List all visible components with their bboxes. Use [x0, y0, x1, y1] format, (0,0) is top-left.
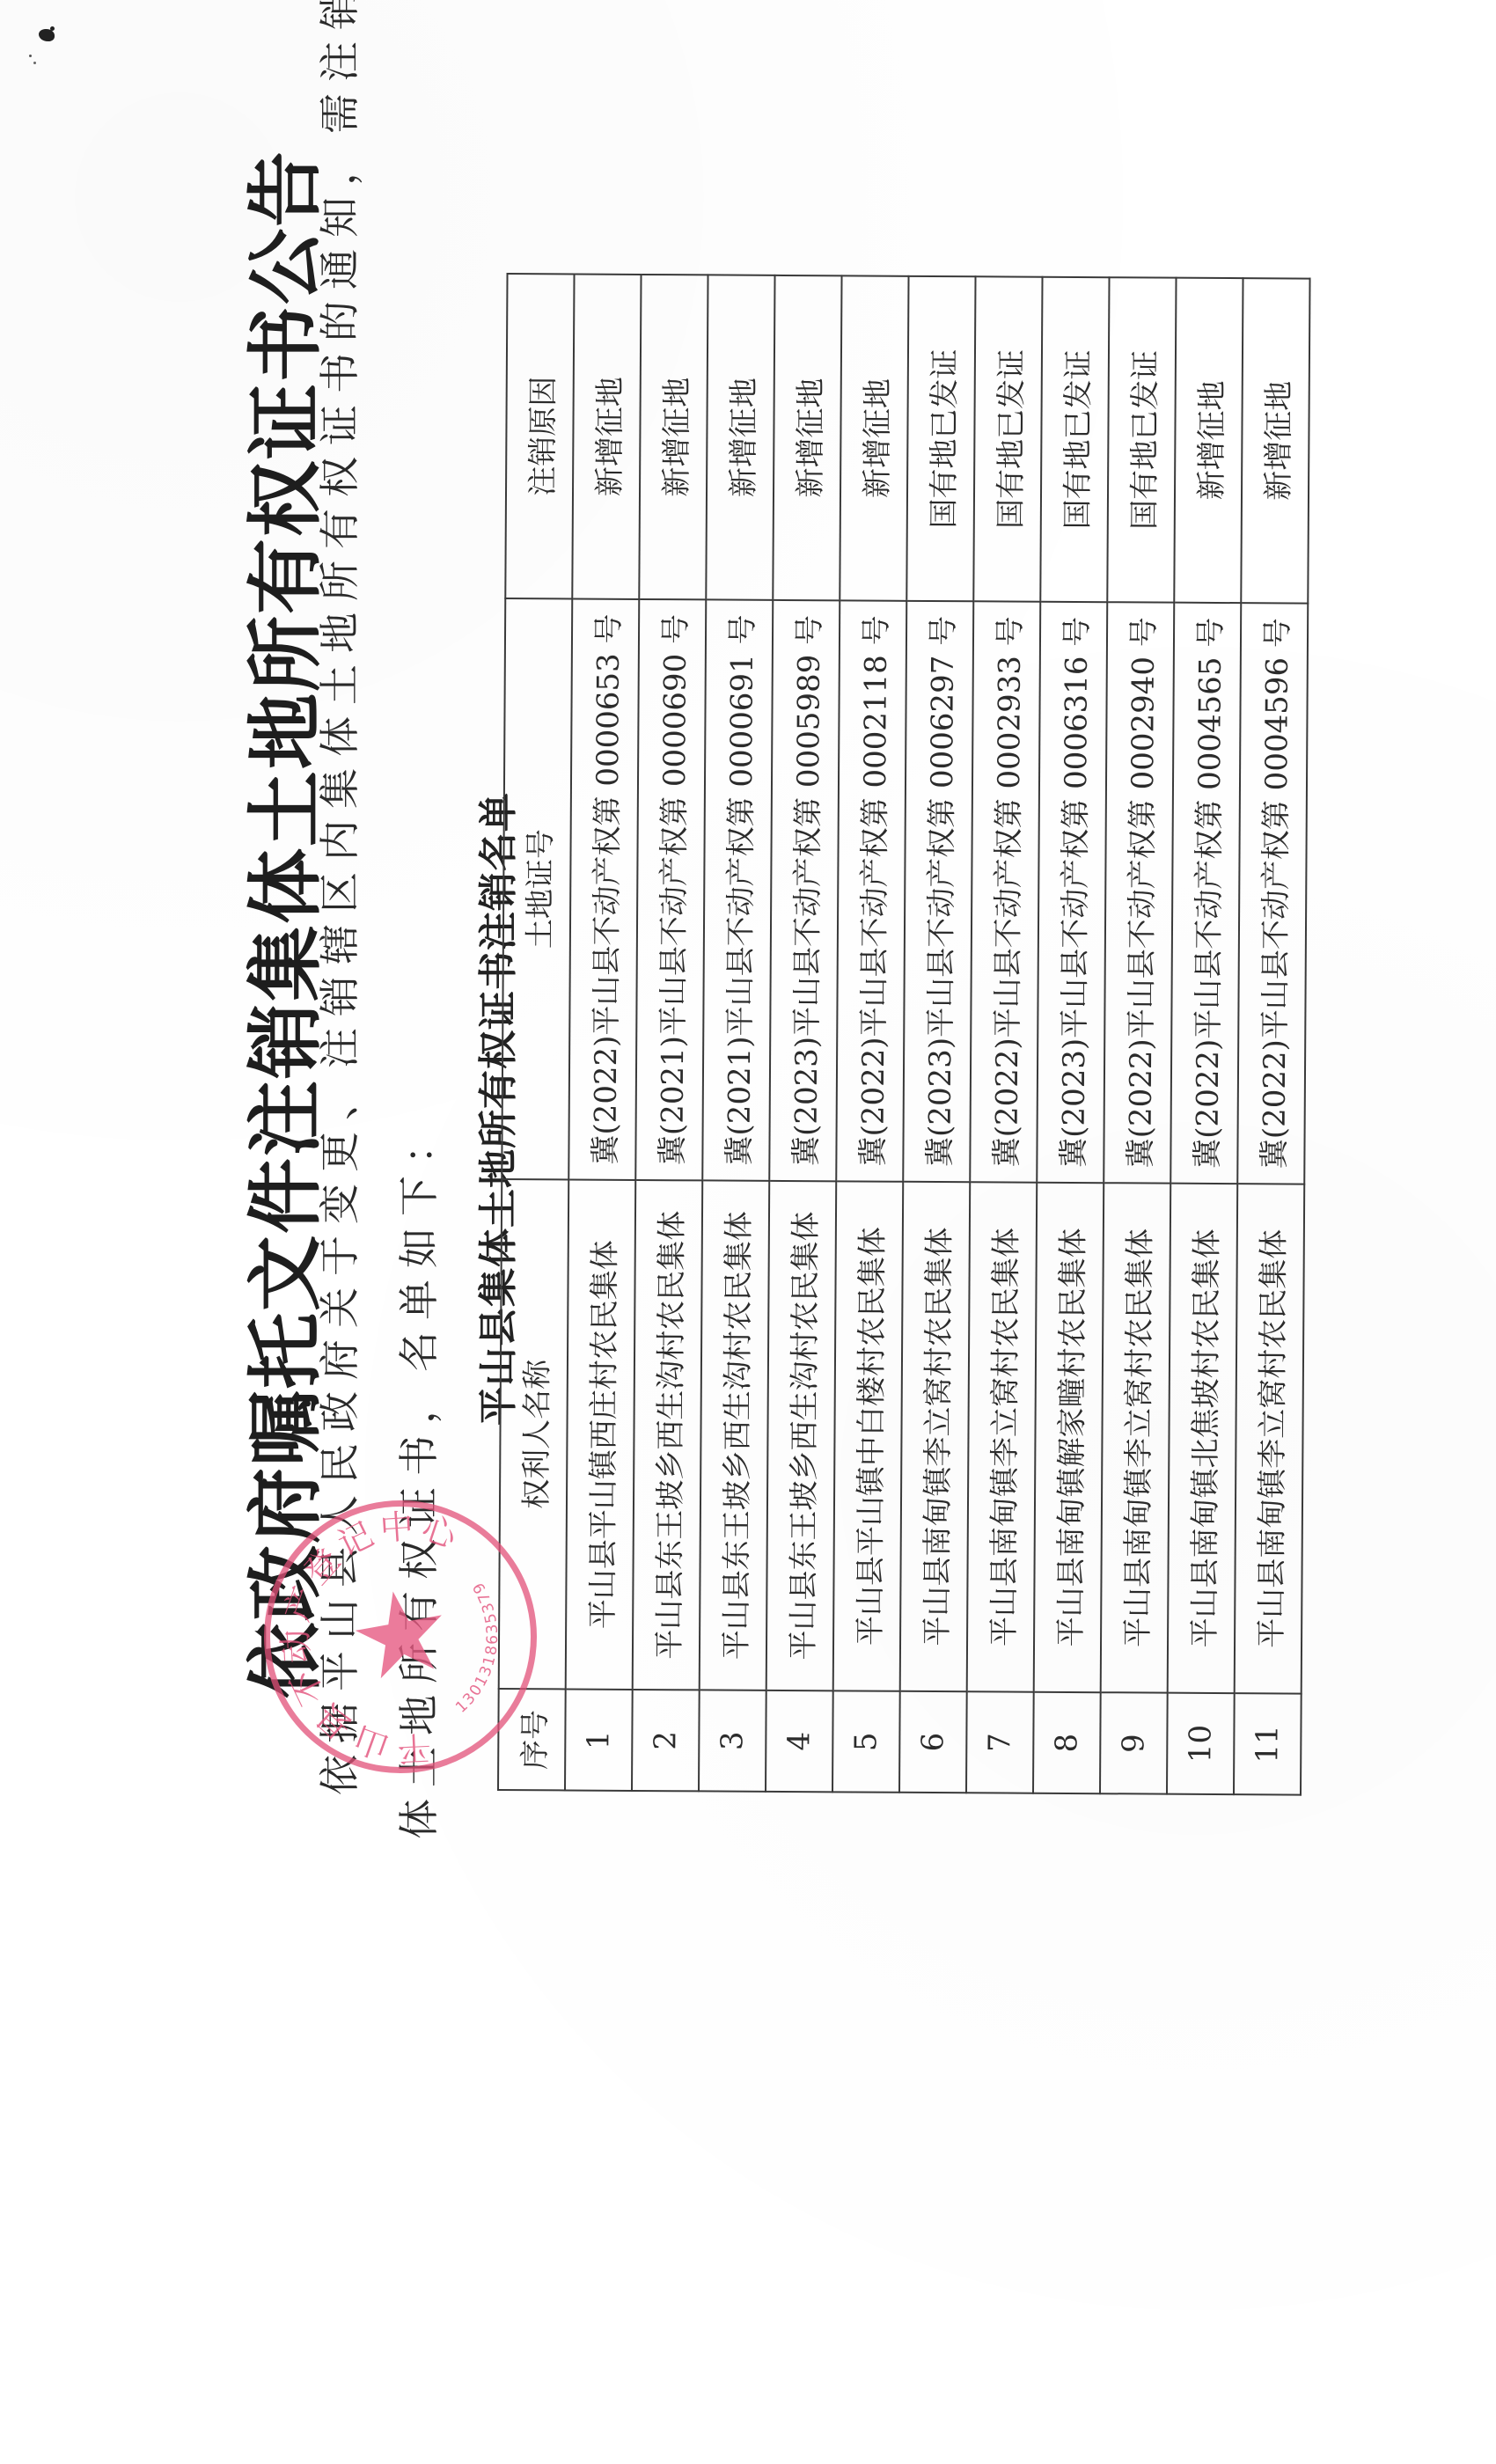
- table-row: 6平山县南甸镇李立窝村农民集体冀(2023)平山县不动产权第 0006297 号…: [899, 276, 976, 1793]
- cell-cancel-reason: 新增征地: [1174, 278, 1243, 603]
- cell-serial-no: 4: [766, 1690, 833, 1792]
- header-certificate-no: 土地证号: [502, 598, 572, 1179]
- table-row: 9平山县南甸镇李立窝村农民集体冀(2022)平山县不动产权第 0002940 号…: [1100, 277, 1177, 1793]
- cell-holder-name: 平山县南甸镇李立窝村农民集体: [1101, 1183, 1171, 1693]
- cell-cancel-reason: 国有地已发证: [1040, 277, 1109, 602]
- table-row: 5平山县平山镇中白楼村农民集体冀(2022)平山县不动产权第 0002118 号…: [832, 275, 909, 1792]
- cell-cancel-reason: 国有地已发证: [906, 276, 975, 601]
- cell-certificate-no: 冀(2022)平山县不动产权第 0004596 号: [1237, 603, 1308, 1184]
- cell-serial-no: 1: [565, 1690, 633, 1791]
- cell-certificate-no: 冀(2021)平山县不动产权第 0000690 号: [635, 599, 706, 1180]
- header-cancel-reason: 注销原因: [505, 274, 574, 598]
- cell-certificate-no: 冀(2022)平山县不动产权第 0000653 号: [568, 598, 639, 1179]
- cell-holder-name: 平山县东王坡乡西生沟村农民集体: [700, 1180, 770, 1690]
- cell-holder-name: 平山县平山镇中白楼村农民集体: [833, 1181, 904, 1691]
- cell-certificate-no: 冀(2022)平山县不动产权第 0002118 号: [836, 600, 906, 1181]
- table-row: 10平山县南甸镇北焦坡村农民集体冀(2022)平山县不动产权第 0004565 …: [1167, 278, 1243, 1794]
- cell-serial-no: 8: [1033, 1692, 1101, 1793]
- table-row: 1平山县平山镇西庄村农民集体冀(2022)平山县不动产权第 0000653 号新…: [565, 275, 642, 1791]
- table-row: 2平山县东王坡乡西生沟村农民集体冀(2021)平山县不动产权第 0000690 …: [632, 275, 708, 1791]
- cell-certificate-no: 冀(2023)平山县不动产权第 0006297 号: [903, 601, 973, 1182]
- cell-serial-no: 7: [966, 1692, 1034, 1793]
- cell-cancel-reason: 新增征地: [840, 275, 908, 600]
- cell-holder-name: 平山县南甸镇解家疃村农民集体: [1034, 1182, 1104, 1692]
- cell-certificate-no: 冀(2022)平山县不动产权第 0002940 号: [1104, 602, 1174, 1183]
- cell-holder-name: 平山县平山镇西庄村农民集体: [566, 1179, 636, 1690]
- star-icon: ★: [334, 1578, 462, 1696]
- table-row: 7平山县南甸镇李立窝村农民集体冀(2022)平山县不动产权第 0002933 号…: [966, 276, 1043, 1793]
- cell-cancel-reason: 新增征地: [639, 275, 708, 599]
- table-row: 3平山县东王坡乡西生沟村农民集体冀(2021)平山县不动产权第 0000691 …: [699, 275, 775, 1791]
- rotated-document-sheet: 依政府嘱托文件注销集体土地所有权证书公告 依据平山县人民政府关于变更、注销辖区内…: [0, 0, 1496, 2464]
- cell-certificate-no: 冀(2023)平山县不动产权第 0005989 号: [769, 600, 840, 1181]
- table-row: 8平山县南甸镇解家疃村农民集体冀(2023)平山县不动产权第 0006316 号…: [1033, 277, 1110, 1793]
- cell-holder-name: 平山县南甸镇李立窝村农民集体: [967, 1182, 1038, 1692]
- cancellation-list-table: 序号 权利人名称 土地证号 注销原因 1平山县平山镇西庄村农民集体冀(2022)…: [497, 273, 1311, 1796]
- cell-certificate-no: 冀(2021)平山县不动产权第 0000691 号: [702, 599, 773, 1180]
- cell-serial-no: 6: [899, 1691, 967, 1793]
- cell-certificate-no: 冀(2022)平山县不动产权第 0002933 号: [970, 601, 1040, 1182]
- cell-cancel-reason: 新增征地: [773, 275, 841, 600]
- table-row: 11平山县南甸镇李立窝村农民集体冀(2022)平山县不动产权第 0004596 …: [1234, 278, 1310, 1794]
- cell-holder-name: 平山县东王坡乡西生沟村农民集体: [633, 1180, 703, 1690]
- cell-serial-no: 10: [1167, 1693, 1235, 1794]
- cell-holder-name: 平山县南甸镇北焦坡村农民集体: [1168, 1183, 1238, 1693]
- cell-serial-no: 3: [699, 1690, 766, 1792]
- table-row: 4平山县东王坡乡西生沟村农民集体冀(2023)平山县不动产权第 0005989 …: [766, 275, 842, 1792]
- cell-serial-no: 11: [1234, 1693, 1302, 1794]
- cell-serial-no: 9: [1100, 1692, 1168, 1793]
- cell-cancel-reason: 国有地已发证: [1107, 277, 1176, 602]
- cell-cancel-reason: 国有地已发证: [973, 276, 1042, 601]
- cell-holder-name: 平山县南甸镇李立窝村农民集体: [900, 1182, 971, 1692]
- cell-cancel-reason: 新增征地: [572, 275, 641, 599]
- cell-holder-name: 平山县南甸镇李立窝村农民集体: [1235, 1184, 1305, 1694]
- official-seal: 平山县不动产登记中心 1301318635379 ★: [246, 1483, 554, 1791]
- cell-cancel-reason: 新增征地: [706, 275, 774, 599]
- cell-holder-name: 平山县东王坡乡西生沟村农民集体: [766, 1181, 837, 1691]
- cell-cancel-reason: 新增征地: [1241, 278, 1309, 603]
- cell-serial-no: 2: [632, 1690, 700, 1791]
- cell-certificate-no: 冀(2023)平山县不动产权第 0006316 号: [1037, 602, 1107, 1183]
- cell-certificate-no: 冀(2022)平山县不动产权第 0004565 号: [1170, 603, 1241, 1184]
- cell-serial-no: 5: [832, 1691, 900, 1793]
